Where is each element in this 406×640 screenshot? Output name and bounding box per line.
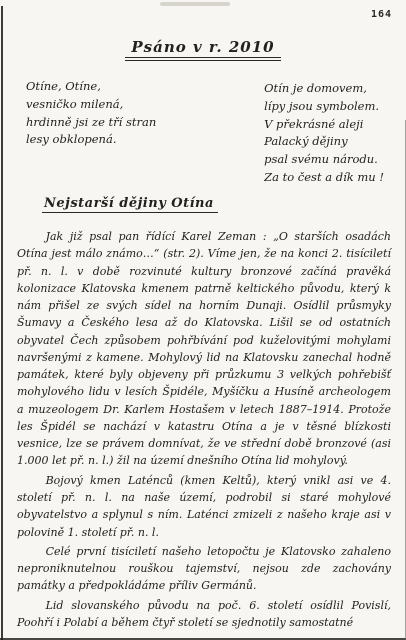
paragraph: Jak již psal pan řídící Karel Zeman : „O… <box>17 228 391 470</box>
poem-line: hrdinně jsi ze tří stran <box>26 114 156 132</box>
scan-edge-left <box>1 6 3 640</box>
poem-line: lípy jsou symbolem. <box>264 98 384 116</box>
poem-line: vesničko milená, <box>26 96 156 114</box>
poem-left: Otíne, Otíne, vesničko milená, hrdinně j… <box>26 78 156 187</box>
poem-line: Za to čest a dík mu ! <box>264 169 384 187</box>
poem-line: lesy obklopená. <box>26 131 156 149</box>
section-heading: Nejstarší dějiny Otína <box>42 196 218 211</box>
poem-columns: Otíne, Otíne, vesničko milená, hrdinně j… <box>26 78 384 187</box>
chronicle-scan-page: 164 Psáno v r. 2010 Otíne, Otíne, vesnič… <box>0 0 406 640</box>
body-text: Jak již psal pan řídící Karel Zeman : „O… <box>17 228 391 633</box>
paragraph: Celé první tisíciletí našeho letopočtu j… <box>17 543 391 595</box>
paragraph: Lid slovanského původu na poč. 6. stolet… <box>17 597 391 632</box>
section-heading-text: Nejstarší dějiny Otína <box>42 196 218 213</box>
page-title-text: Psáno v r. 2010 <box>125 38 280 61</box>
poem-right: Otín je domovem, lípy jsou symbolem. V p… <box>264 78 384 187</box>
page-number: 164 <box>371 9 392 20</box>
poem-line: Otín je domovem, <box>264 80 384 98</box>
scan-smudge <box>160 2 230 6</box>
poem-line: Otíne, Otíne, <box>26 78 156 96</box>
poem-line: V překrásné aleji <box>264 116 384 134</box>
page-title: Psáno v r. 2010 <box>0 38 406 56</box>
poem-line: Palacký dějiny <box>264 133 384 151</box>
poem-line: psal svému národu. <box>264 151 384 169</box>
paragraph: Bojový kmen Laténců (kmen Keltů), který … <box>17 472 391 541</box>
